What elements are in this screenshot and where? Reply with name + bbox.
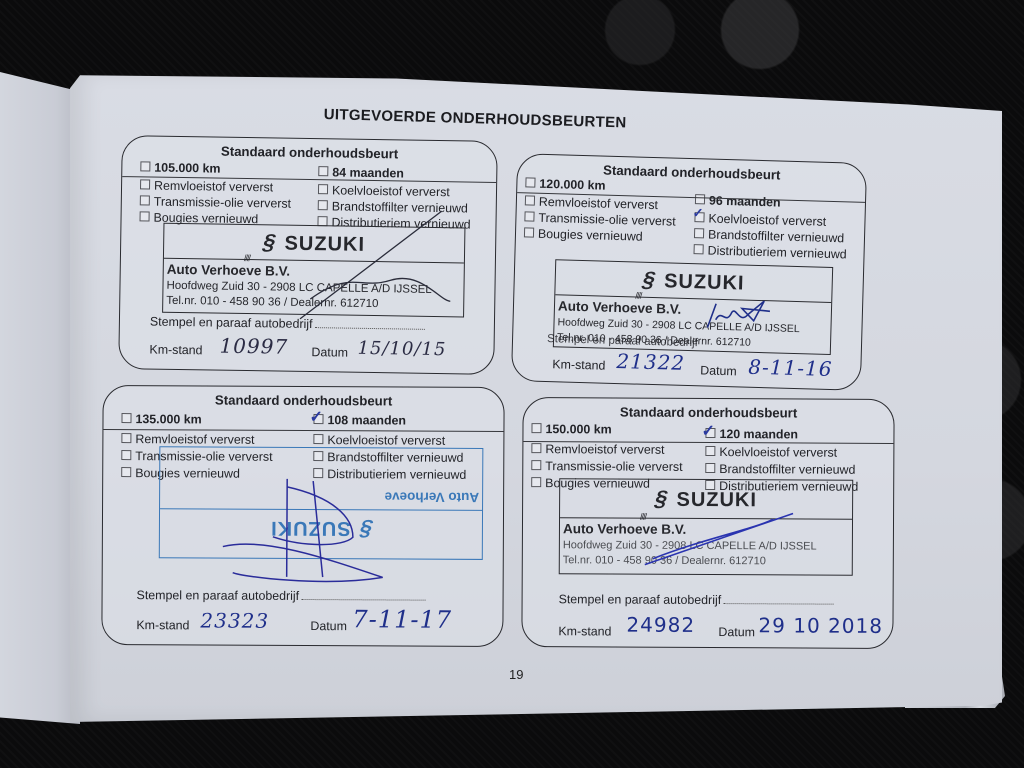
checkbox-km[interactable]	[531, 423, 541, 433]
checkbox-transmission-oil[interactable]	[531, 460, 541, 470]
item-transmission-oil: Transmissie-olie ververst	[524, 210, 676, 228]
suzuki-s-icon: §	[260, 229, 281, 255]
checkbox-transmission-oil[interactable]	[524, 211, 534, 221]
item-coolant: Koelvloeistof ververst	[694, 211, 826, 229]
checkbox-spark-plugs[interactable]	[524, 227, 534, 237]
suzuki-s-icon: §	[639, 267, 660, 293]
page-title: UITGEVOERDE ONDERHOUDSBEURTEN	[324, 106, 627, 131]
km-label: Km-stand	[558, 624, 611, 638]
date-label: Datum	[718, 625, 755, 639]
dealer-name: Auto Verhoeve B.V.	[558, 298, 682, 316]
km-reading: 24982	[626, 613, 695, 637]
item-brake-fluid: Remvloeistof ververst	[140, 178, 273, 194]
date-label: Datum	[311, 345, 348, 360]
km-interval: 105.000 km	[140, 160, 220, 175]
km-reading: 21322	[616, 349, 685, 375]
checkbox-km[interactable]	[525, 177, 535, 187]
dealer-name: Auto Verhoeve B.V.	[167, 262, 291, 279]
service-date: 8-11-16	[748, 355, 833, 381]
km-label: Km-stand	[136, 618, 189, 632]
item-brake-fluid: Remvloeistof ververst	[121, 432, 254, 447]
checkbox-coolant[interactable]	[313, 434, 323, 444]
month-interval: 108 maanden	[313, 413, 406, 427]
date-label: Datum	[700, 363, 737, 378]
km-reading: 10997	[219, 334, 288, 359]
km-interval: 150.000 km	[531, 422, 611, 436]
service-card-4: Standaard onderhoudsbeurt 150.000 km 120…	[521, 397, 894, 649]
checkmark-months-icon: ✓	[701, 421, 715, 441]
signature-3	[183, 476, 334, 587]
km-label: Km-stand	[149, 343, 202, 358]
checkmark-months-icon: ✓	[309, 407, 323, 427]
signature-1	[290, 199, 452, 331]
suzuki-s-icon: §	[355, 516, 375, 542]
item-coolant: Koelvloeistof ververst	[705, 445, 837, 460]
signature-2	[703, 297, 774, 333]
checkbox-coolant[interactable]	[705, 446, 715, 456]
checkbox-km[interactable]	[121, 413, 131, 423]
month-interval: 84 maanden	[318, 165, 404, 180]
suzuki-logo: §SUZUKI	[555, 264, 832, 298]
checkbox-transmission-oil[interactable]	[121, 450, 131, 460]
item-brake-fluid: Remvloeistof ververst	[531, 442, 664, 457]
checkbox-transmission-oil[interactable]	[140, 195, 150, 205]
item-timing-belt: Distributieriem vernieuwd	[693, 243, 846, 261]
item-transmission-oil: Transmissie-olie ververst	[140, 194, 291, 210]
stamp-signature-label: Stempel en paraaf autobedrijf	[559, 592, 834, 607]
checkbox-brake-fluid[interactable]	[531, 443, 541, 453]
item-transmission-oil: Transmissie-olie ververst	[531, 459, 682, 474]
checkmark-coolant-icon: ✓	[692, 205, 703, 221]
item-fuel-filter: Brandstoffilter vernieuwd	[694, 227, 844, 245]
stamp-signature-label: Stempel en paraaf autobedrijf	[150, 315, 425, 333]
card-title: Standaard onderhoudsbeurt	[524, 404, 894, 421]
service-card-1: Standaard onderhoudsbeurt 105.000 km 84 …	[118, 135, 498, 375]
km-label: Km-stand	[552, 357, 605, 372]
km-interval: 120.000 km	[525, 176, 606, 192]
checkbox-spark-plugs[interactable]	[531, 477, 541, 487]
item-coolant: Koelvloeistof ververst	[313, 433, 445, 448]
checkbox-brake-fluid[interactable]	[121, 433, 131, 443]
checkbox-timing-belt[interactable]	[694, 244, 704, 254]
service-date: 15/10/15	[357, 338, 446, 360]
checkbox-brake-fluid[interactable]	[140, 179, 150, 189]
checkbox-months[interactable]	[695, 194, 705, 204]
card-title: Standaard onderhoudsbeurt	[104, 392, 504, 409]
checkbox-months[interactable]	[318, 166, 328, 176]
checkbox-coolant[interactable]	[318, 184, 328, 194]
page-number: 19	[509, 667, 523, 682]
checkbox-brake-fluid[interactable]	[525, 195, 535, 205]
month-interval: 96 maanden	[695, 193, 781, 209]
checkbox-fuel-filter[interactable]	[694, 228, 704, 238]
checkbox-spark-plugs[interactable]	[121, 467, 131, 477]
item-coolant: Koelvloeistof ververst	[318, 183, 450, 199]
km-reading: 23323	[200, 608, 269, 632]
signature-4	[643, 509, 803, 570]
date-label: Datum	[310, 619, 347, 633]
checkbox-km[interactable]	[140, 161, 150, 171]
card-title: Standaard onderhoudsbeurt	[123, 142, 497, 163]
dealer-name: Auto Verhoeve	[385, 489, 480, 504]
month-interval: 120 maanden	[705, 427, 798, 441]
checkbox-fuel-filter[interactable]	[705, 463, 715, 473]
checkbox-spark-plugs[interactable]	[140, 211, 150, 221]
km-interval: 135.000 km	[121, 412, 201, 426]
service-card-2: Standaard onderhoudsbeurt 120.000 km 96 …	[511, 153, 867, 391]
service-card-3: Standaard onderhoudsbeurt 135.000 km 108…	[101, 385, 504, 647]
item-fuel-filter: Brandstoffilter vernieuwd	[705, 462, 855, 477]
stamp-signature-label: Stempel en paraaf autobedrijf	[137, 588, 426, 604]
service-date: 29 10 2018	[758, 613, 883, 638]
service-date: 7-11-17	[352, 605, 452, 634]
item-spark-plugs: Bougies vernieuwd	[524, 226, 643, 243]
page-content: UITGEVOERDE ONDERHOUDSBEURTEN Standaard …	[0, 0, 1024, 768]
item-brake-fluid: Remvloeistof ververst	[525, 194, 658, 212]
